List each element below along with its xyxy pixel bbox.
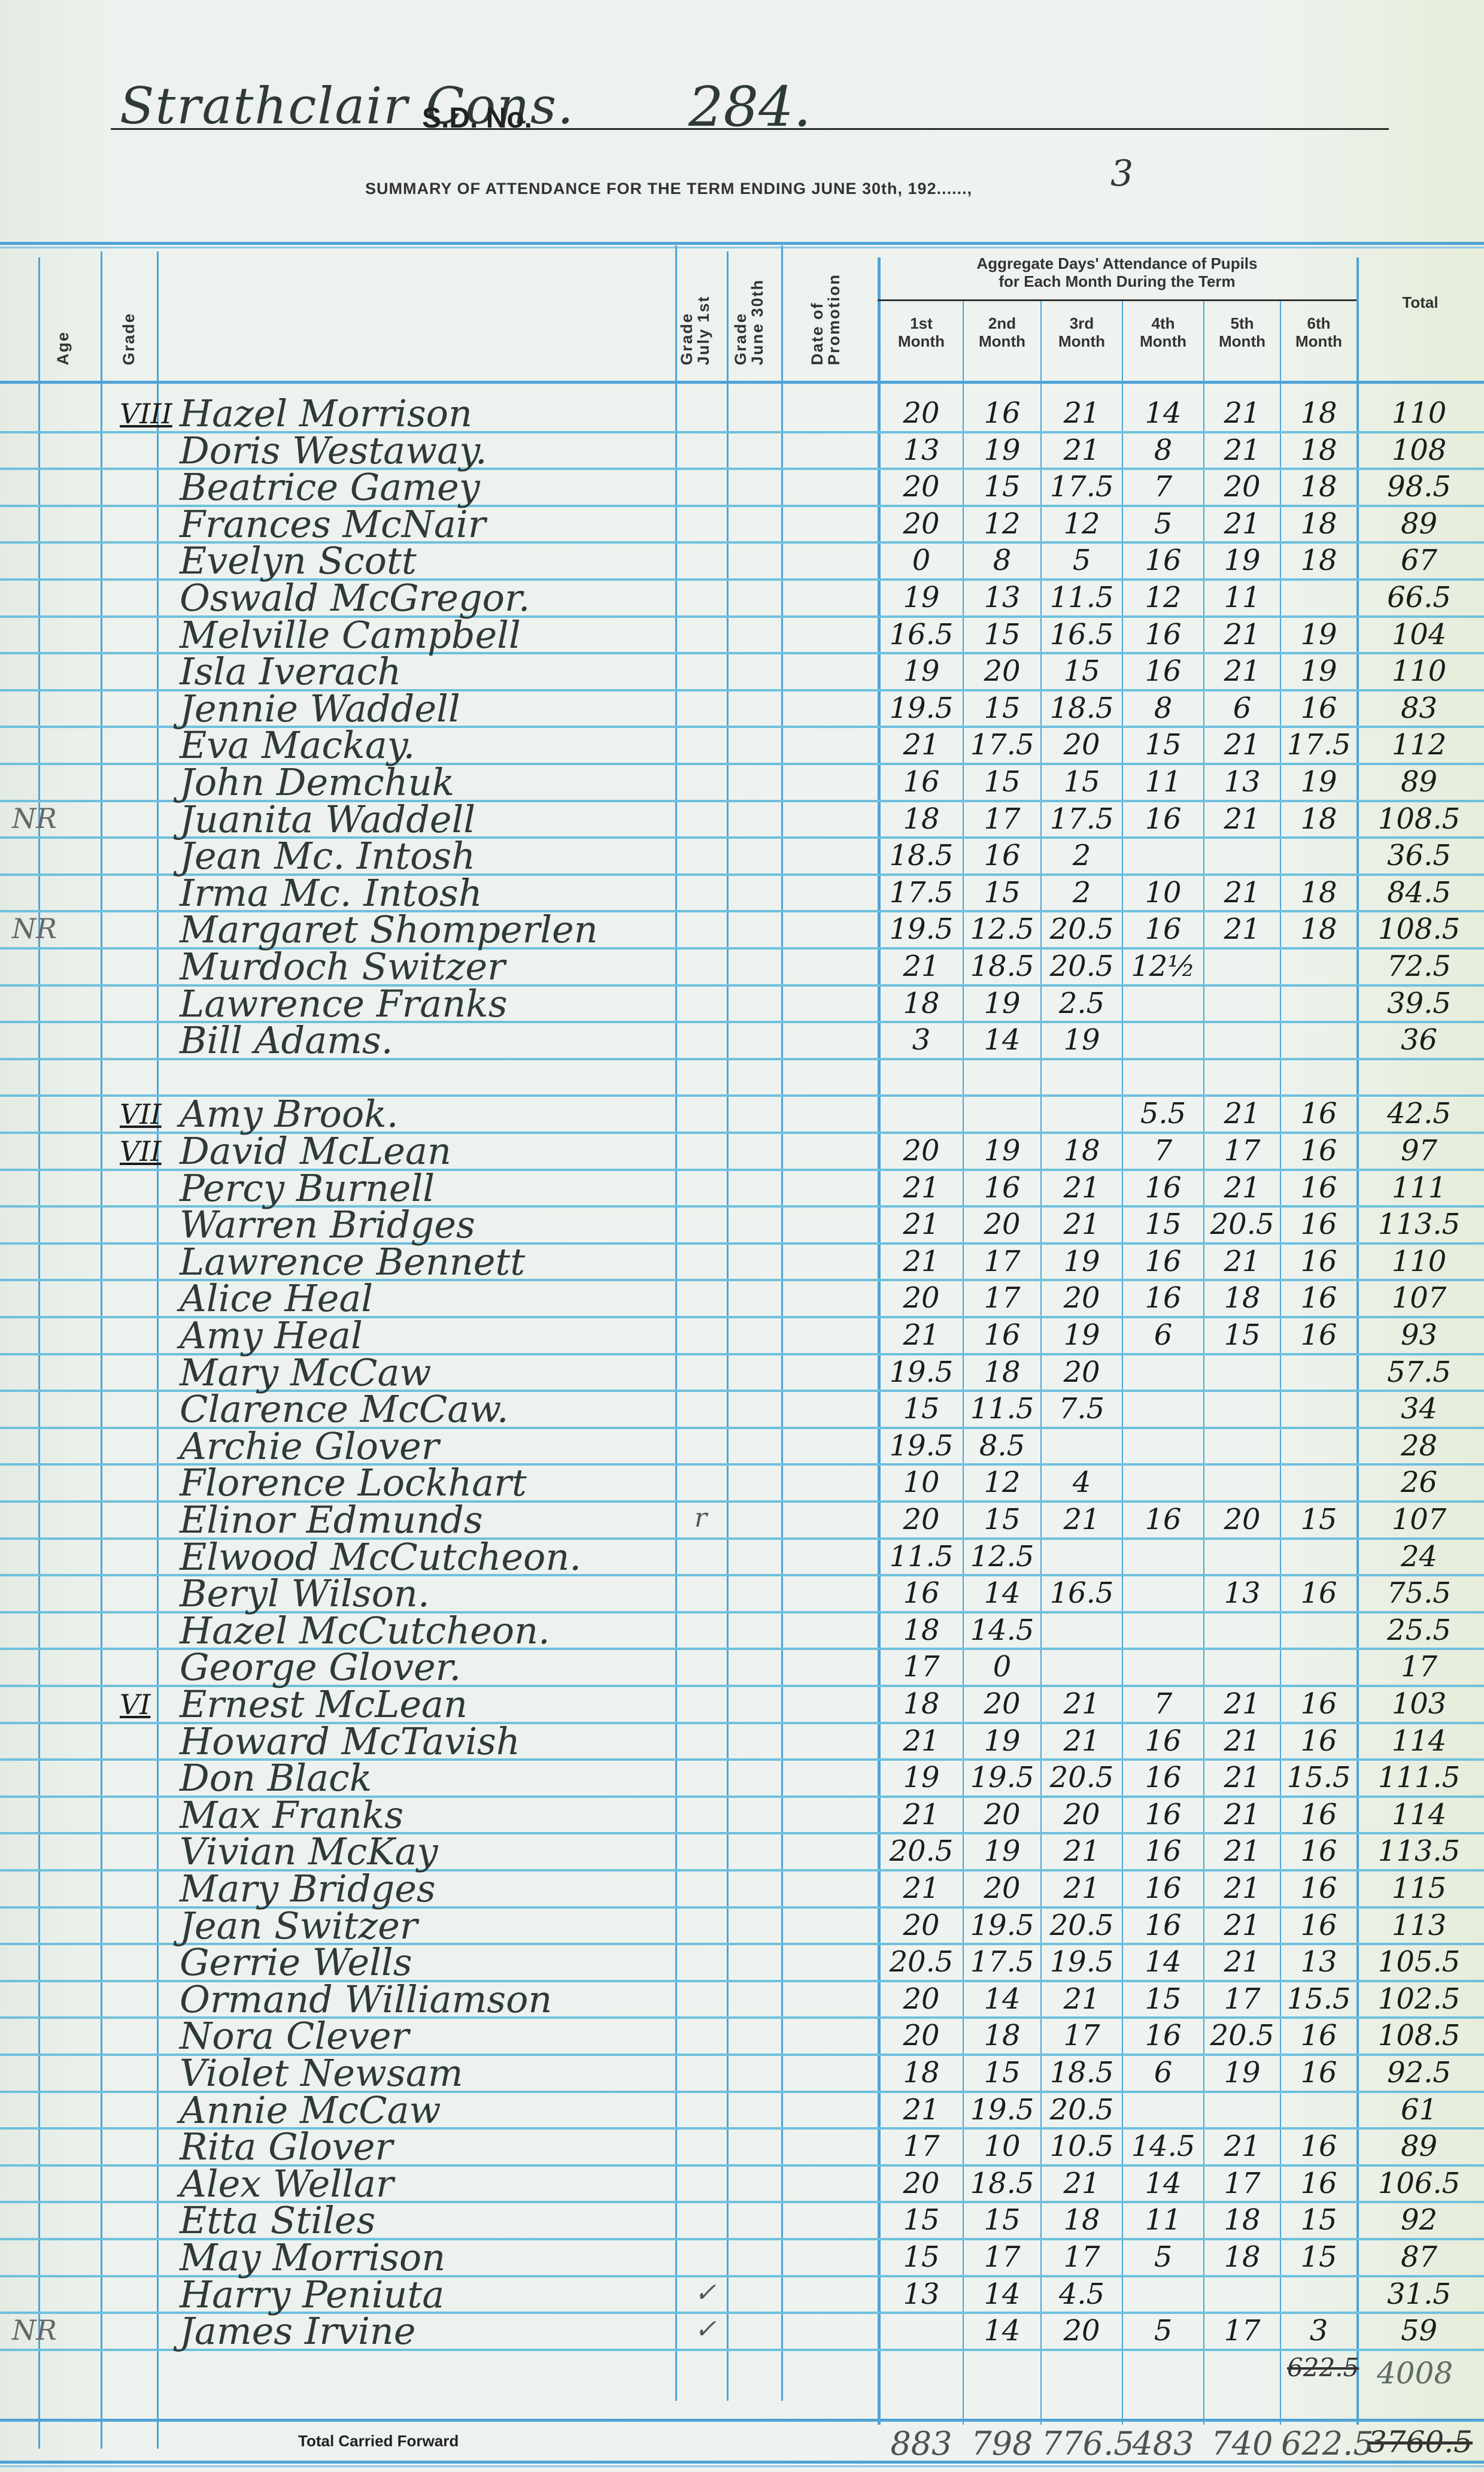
month-5-days: 21	[1204, 1724, 1280, 1758]
header-age: Age	[54, 331, 72, 365]
row-total: 107	[1358, 1281, 1480, 1315]
month-6-days: 18	[1281, 470, 1356, 504]
table-row: Archie Glover19.58.528	[0, 1428, 1484, 1465]
row-total: 105.5	[1358, 1945, 1480, 1979]
month-4-days: 16	[1123, 1872, 1203, 1905]
month-6-days: 16	[1281, 2019, 1356, 2052]
month-6-days: 17.5	[1281, 728, 1356, 762]
table-row: Oswald McGregor.191311.5121166.5	[0, 580, 1484, 617]
row-total: 31.5	[1358, 2277, 1480, 2311]
month-2-days: 20	[964, 1208, 1040, 1241]
month-3-days: 20.5	[1042, 912, 1122, 946]
header-month-word: Month	[880, 332, 963, 350]
pupil-name: James Irvine	[180, 2309, 415, 2353]
month-5-days: 21	[1204, 1097, 1280, 1130]
month-6-days: 16	[1281, 1318, 1356, 1352]
month-1-days: 19.5	[880, 691, 963, 725]
month-1-days: 10	[880, 1466, 963, 1499]
month-2-days: 11.5	[964, 1392, 1040, 1425]
grade-july-mark: ✓	[694, 2314, 717, 2344]
month-6-days: 16	[1281, 1097, 1356, 1130]
header-month-ordinal: 6th	[1281, 314, 1356, 332]
month-2-days: 19.5	[964, 2093, 1040, 2127]
month-5-days: 21	[1204, 654, 1280, 688]
month-2-days: 19	[964, 1724, 1040, 1758]
month-2-days: 18.5	[964, 950, 1040, 983]
header-month-ordinal: 1st	[880, 314, 963, 332]
row-total: 104	[1358, 618, 1480, 651]
month-6-days: 18	[1281, 912, 1356, 946]
month-3-days: 19	[1042, 1245, 1122, 1278]
month-1-days: 20	[880, 2167, 963, 2200]
month-2-days: 14	[964, 1023, 1040, 1057]
month-1-days: 19.5	[880, 1429, 963, 1463]
month-1-days: 13	[880, 433, 963, 467]
grade-mark: VII	[120, 1098, 162, 1130]
month-5-days: 21	[1204, 1834, 1280, 1868]
table-row: Jean Switzer2019.520.5162116113	[0, 1907, 1484, 1945]
month-6-days: 16	[1281, 2130, 1356, 2163]
month-6-days: 18	[1281, 396, 1356, 430]
month-5-days: 17	[1204, 1134, 1280, 1167]
month-1-days: 20	[880, 1503, 963, 1536]
month-5-days: 17	[1204, 1982, 1280, 2016]
header-aggregate-1: Aggregate Days' Attendance of Pupils	[878, 254, 1356, 272]
month-1-days: 20	[880, 1281, 963, 1315]
month-5-days: 21	[1204, 876, 1280, 909]
month-5-days: 21	[1204, 507, 1280, 541]
footer-month-4-total: 483	[1123, 2425, 1203, 2462]
month-4-days: 15	[1123, 1982, 1203, 2016]
row-total: 61	[1358, 2093, 1480, 2127]
month-3-days: 20	[1042, 1798, 1122, 1831]
month-3-days: 19.5	[1042, 1945, 1122, 1979]
month-2-days: 14	[964, 1982, 1040, 2016]
month-2-days: 19	[964, 433, 1040, 467]
month-2-days: 18	[964, 2019, 1040, 2052]
header-month-1: 1stMonth	[880, 314, 963, 350]
header-month-word: Month	[964, 332, 1040, 350]
month-3-days: 2.5	[1042, 987, 1122, 1020]
month-4-days: 16	[1123, 912, 1203, 946]
month-4-days: 5.5	[1123, 1097, 1203, 1130]
row-total: 110	[1358, 1245, 1480, 1278]
table-row	[0, 1059, 1484, 1096]
month-4-days: 6	[1123, 2056, 1203, 2089]
month-6-days: 18	[1281, 544, 1356, 577]
month-6-days: 16	[1281, 691, 1356, 725]
month-3-days: 20	[1042, 1355, 1122, 1389]
table-row: Alice Heal201720161816107	[0, 1280, 1484, 1317]
month-6-days: 16	[1281, 2056, 1356, 2089]
month-1-days: 18	[880, 1613, 963, 1647]
month-5-days: 20.5	[1204, 2019, 1280, 2052]
month-3-days: 17	[1042, 2019, 1122, 2052]
header-grade-july-1: Grade	[678, 313, 696, 365]
month-2-days: 17.5	[964, 1945, 1040, 1979]
header-month-2: 2ndMonth	[964, 314, 1040, 350]
month-2-days: 16	[964, 396, 1040, 430]
month-1-days: 20.5	[880, 1834, 963, 1868]
month-2-days: 12.5	[964, 1540, 1040, 1573]
month-4-days: 5	[1123, 507, 1203, 541]
month-4-days: 16	[1123, 1761, 1203, 1794]
header-month-word: Month	[1204, 332, 1280, 350]
month-6-days: 3	[1281, 2314, 1356, 2347]
month-1-days: 19	[880, 1761, 963, 1794]
table-row: Rita Glover171010.514.5211689	[0, 2128, 1484, 2165]
row-total: 72.5	[1358, 950, 1480, 983]
month-2-days: 14	[964, 2277, 1040, 2311]
month-6-days: 16	[1281, 1134, 1356, 1167]
month-6-days: 16	[1281, 1208, 1356, 1241]
month-3-days: 4	[1042, 1466, 1122, 1499]
month-3-days: 2	[1042, 839, 1122, 872]
month-2-days: 13	[964, 581, 1040, 614]
footer-month-2-total: 798	[964, 2425, 1040, 2462]
header-month-4: 4thMonth	[1123, 314, 1203, 350]
month-5-days: 13	[1204, 1576, 1280, 1610]
month-2-days: 15	[964, 2203, 1040, 2237]
table-row: Elinor Edmundsr201521162015107	[0, 1502, 1484, 1539]
month-3-days: 16.5	[1042, 618, 1122, 651]
month-3-days: 18	[1042, 2203, 1122, 2237]
month-5-days: 21	[1204, 1171, 1280, 1205]
table-row: Beryl Wilson.161416.5131675.5	[0, 1575, 1484, 1612]
month-2-days: 15	[964, 470, 1040, 504]
table-row: Lawrence Bennett211719162116110	[0, 1243, 1484, 1281]
total-carried-forward-label: Total Carried Forward	[298, 2432, 459, 2450]
header-bottom-rule	[0, 381, 1484, 384]
row-total: 25.5	[1358, 1613, 1480, 1647]
table-row: Jean Mc. Intosh18.516236.5	[0, 838, 1484, 875]
month-6-days: 15	[1281, 2203, 1356, 2237]
month-1-days: 18	[880, 987, 963, 1020]
age-note: NR	[12, 2314, 57, 2346]
month-4-days: 16	[1123, 1281, 1203, 1315]
month-1-days: 21	[880, 1208, 963, 1241]
month-4-days: 12	[1123, 581, 1203, 614]
table-row: Evelyn Scott08516191867	[0, 542, 1484, 580]
month-6-days: 19	[1281, 654, 1356, 688]
month-5-days: 17	[1204, 2314, 1280, 2347]
month-2-days: 19	[964, 1834, 1040, 1868]
month-3-days: 17.5	[1042, 802, 1122, 836]
month-3-days: 20.5	[1042, 1761, 1122, 1794]
month-3-days: 18.5	[1042, 691, 1122, 725]
row-total: 42.5	[1358, 1097, 1480, 1130]
month-2-days: 16	[964, 1171, 1040, 1205]
month-1-days: 19	[880, 581, 963, 614]
month-2-days: 8	[964, 544, 1040, 577]
table-row: Violet Newsam181518.56191692.5	[0, 2055, 1484, 2092]
month-5-days: 21	[1204, 1761, 1280, 1794]
month-6-days: 18	[1281, 433, 1356, 467]
month-5-days: 18	[1204, 2240, 1280, 2274]
month-1-days: 21	[880, 1245, 963, 1278]
row-total: 84.5	[1358, 876, 1480, 909]
table-row: Frances McNair2012125211889	[0, 506, 1484, 543]
month-3-days: 10.5	[1042, 2130, 1122, 2163]
table-row: John Demchuk16151511131989	[0, 764, 1484, 801]
month-1-days: 3	[880, 1023, 963, 1057]
row-total: 67	[1358, 544, 1480, 577]
row-total: 89	[1358, 2130, 1480, 2163]
table-row: Elwood McCutcheon.11.512.524	[0, 1539, 1484, 1576]
row-total: 113	[1358, 1909, 1480, 1942]
month-6-days: 18	[1281, 876, 1356, 909]
month-2-days: 12	[964, 507, 1040, 541]
header-top-rule	[0, 242, 1484, 245]
table-row: Max Franks212020162116114	[0, 1797, 1484, 1834]
month-6-days: 19	[1281, 765, 1356, 799]
month-1-days: 15	[880, 2240, 963, 2274]
month-3-days: 17.5	[1042, 470, 1122, 504]
month-5-days: 17	[1204, 2167, 1280, 2200]
month-1-days: 21	[880, 1318, 963, 1352]
row-total: 93	[1358, 1318, 1480, 1352]
month-1-days: 18	[880, 802, 963, 836]
row-total: 114	[1358, 1724, 1480, 1758]
row-total: 114	[1358, 1798, 1480, 1831]
header-promo-1: Date of	[808, 302, 826, 365]
month-3-days: 20	[1042, 1281, 1122, 1315]
table-row: VIErnest McLean18202172116103	[0, 1686, 1484, 1723]
month-3-days: 21	[1042, 1208, 1122, 1241]
month-3-days: 21	[1042, 2167, 1122, 2200]
month-2-days: 0	[964, 1650, 1040, 1684]
month-2-days: 12	[964, 1466, 1040, 1499]
table-row: Percy Burnell211621162116111	[0, 1170, 1484, 1207]
header-aggregate-2: for Each Month During the Term	[878, 272, 1356, 290]
month-1-days: 16	[880, 1576, 963, 1610]
header-total: Total	[1356, 293, 1484, 311]
month-2-days: 20	[964, 654, 1040, 688]
month-5-days: 21	[1204, 396, 1280, 430]
month-5-days: 21	[1204, 728, 1280, 762]
month6-struck-subtotal: 622.5	[1287, 2353, 1359, 2382]
month-6-days: 16	[1281, 1281, 1356, 1315]
month-5-days: 21	[1204, 802, 1280, 836]
table-row: Annie McCaw2119.520.561	[0, 2092, 1484, 2129]
month-3-days: 21	[1042, 433, 1122, 467]
row-total: 113.5	[1358, 1208, 1480, 1241]
table-row: NRJames Irvine✓1420517359	[0, 2313, 1484, 2350]
month-4-days: 15	[1123, 728, 1203, 762]
table-row: Harry Peniuta✓13144.531.5	[0, 2276, 1484, 2313]
row-total: 92	[1358, 2203, 1480, 2237]
table-row: Amy Heal2116196151693	[0, 1317, 1484, 1354]
grade-mark: VI	[120, 1688, 150, 1721]
row-total: 111.5	[1358, 1761, 1480, 1794]
grade-mark: VIII	[120, 398, 172, 430]
row-total: 57.5	[1358, 1355, 1480, 1389]
month-2-days: 17.5	[964, 728, 1040, 762]
table-row: Mary Bridges212021162116115	[0, 1870, 1484, 1907]
month-1-days: 13	[880, 2277, 963, 2311]
month-1-days: 21	[880, 728, 963, 762]
month-4-days: 7	[1123, 1687, 1203, 1721]
month-2-days: 20	[964, 1687, 1040, 1721]
month-1-days: 19	[880, 654, 963, 688]
table-row: Ormand Williamson201421151715.5102.5	[0, 1981, 1484, 2018]
table-row: NRMargaret Shomperlen19.512.520.51621181…	[0, 911, 1484, 948]
month-6-days: 16	[1281, 1724, 1356, 1758]
table-row: Doris Westaway.13192182118108	[0, 432, 1484, 469]
month-2-days: 16	[964, 1318, 1040, 1352]
month-5-days: 18	[1204, 2203, 1280, 2237]
month-2-days: 19	[964, 987, 1040, 1020]
month-1-days: 15	[880, 2203, 963, 2237]
table-row: Clarence McCaw.1511.57.534	[0, 1391, 1484, 1428]
month-4-days: 6	[1123, 1318, 1203, 1352]
table-row: Bill Adams.3141936	[0, 1022, 1484, 1059]
month-3-days: 20	[1042, 2314, 1122, 2347]
table-row: Alex Wellar2018.521141716106.5	[0, 2165, 1484, 2203]
attendance-register-page: Strathclair Cons. S.D. No. 284. SUMMARY …	[0, 0, 1484, 2472]
month-3-days: 21	[1042, 1834, 1122, 1868]
month-3-days: 2	[1042, 876, 1122, 909]
month-6-days: 18	[1281, 802, 1356, 836]
month-6-days: 19	[1281, 618, 1356, 651]
month-3-days: 17	[1042, 2240, 1122, 2274]
month-2-days: 16	[964, 839, 1040, 872]
month-5-days: 15	[1204, 1318, 1280, 1352]
month-4-days: 11	[1123, 2203, 1203, 2237]
month-3-days: 21	[1042, 1724, 1122, 1758]
month-4-days: 16	[1123, 1245, 1203, 1278]
row-total: 106.5	[1358, 2167, 1480, 2200]
month-2-days: 20	[964, 1872, 1040, 1905]
row-total: 59	[1358, 2314, 1480, 2347]
month-1-days: 16	[880, 765, 963, 799]
month-4-days: 14	[1123, 1945, 1203, 1979]
month-4-days: 15	[1123, 1208, 1203, 1241]
header-month-ordinal: 5th	[1204, 314, 1280, 332]
month-4-days: 5	[1123, 2240, 1203, 2274]
header-month-word: Month	[1123, 332, 1203, 350]
month-1-days: 0	[880, 544, 963, 577]
month-6-days: 16	[1281, 1171, 1356, 1205]
header-grade-june-1: Grade	[732, 313, 749, 365]
table-row: NRJuanita Waddell181717.5162118108.5	[0, 801, 1484, 838]
month-3-days: 21	[1042, 1171, 1122, 1205]
row-total: 110	[1358, 396, 1480, 430]
month-1-days: 20	[880, 1134, 963, 1167]
table-row: VIIDavid McLean2019187171697	[0, 1133, 1484, 1170]
month-1-days: 20	[880, 507, 963, 541]
month-1-days: 21	[880, 1724, 963, 1758]
month-3-days: 20.5	[1042, 2093, 1122, 2127]
table-row: Warren Bridges2120211520.516113.5	[0, 1206, 1484, 1243]
month-3-days: 16.5	[1042, 1576, 1122, 1610]
footer-top-rule	[0, 2419, 1484, 2422]
month-5-days: 13	[1204, 765, 1280, 799]
header-month-6: 6thMonth	[1281, 314, 1356, 350]
month-2-days: 15	[964, 691, 1040, 725]
month-1-days: 21	[880, 1872, 963, 1905]
row-total: 66.5	[1358, 581, 1480, 614]
month-4-days: 16	[1123, 1171, 1203, 1205]
row-total: 36	[1358, 1023, 1480, 1057]
table-row: VIIIHazel Morrison201621142118110	[0, 395, 1484, 432]
month-5-days: 20	[1204, 1503, 1280, 1536]
month-4-days: 16	[1123, 1724, 1203, 1758]
month-6-days: 15	[1281, 1503, 1356, 1536]
month-6-days: 18	[1281, 507, 1356, 541]
table-row: Florence Lockhart1012426	[0, 1464, 1484, 1502]
year-digit: 3	[1110, 153, 1133, 195]
table-row: Nora Clever2018171620.516108.5	[0, 2018, 1484, 2055]
month-3-days: 12	[1042, 507, 1122, 541]
month-2-days: 17	[964, 1281, 1040, 1315]
month-6-days: 16	[1281, 1576, 1356, 1610]
row-total: 103	[1358, 1687, 1480, 1721]
sd-number: 284.	[688, 75, 811, 139]
table-row: Vivian McKay20.51921162116113.5	[0, 1833, 1484, 1870]
month-2-days: 15	[964, 765, 1040, 799]
month-4-days: 11	[1123, 765, 1203, 799]
month-1-days: 19.5	[880, 912, 963, 946]
month-1-days: 20	[880, 1982, 963, 2016]
month-2-days: 17	[964, 802, 1040, 836]
month-3-days: 19	[1042, 1318, 1122, 1352]
month-6-days: 15.5	[1281, 1761, 1356, 1794]
month-5-days: 21	[1204, 1798, 1280, 1831]
month-4-days: 16	[1123, 544, 1203, 577]
month-5-days: 21	[1204, 618, 1280, 651]
month-4-days: 14	[1123, 2167, 1203, 2200]
month-4-days: 8	[1123, 691, 1203, 725]
month-3-days: 15	[1042, 654, 1122, 688]
month-1-days: 11.5	[880, 1540, 963, 1573]
header-grade: Grade	[120, 313, 138, 365]
month-4-days: 7	[1123, 470, 1203, 504]
row-total: 28	[1358, 1429, 1480, 1463]
month-1-days: 21	[880, 1798, 963, 1831]
month-3-days: 4.5	[1042, 2277, 1122, 2311]
month-6-days: 16	[1281, 1687, 1356, 1721]
month-4-days: 16	[1123, 802, 1203, 836]
month-1-days: 20.5	[880, 1945, 963, 1979]
month-3-days: 5	[1042, 544, 1122, 577]
month-4-days: 8	[1123, 433, 1203, 467]
table-row: Lawrence Franks18192.539.5	[0, 985, 1484, 1023]
footer-bottom-rule-2	[0, 2465, 1484, 2467]
month-3-days: 18	[1042, 1134, 1122, 1167]
month-6-days: 15	[1281, 2240, 1356, 2274]
month-3-days: 21	[1042, 1982, 1122, 2016]
month-2-days: 14.5	[964, 1613, 1040, 1647]
header-month-5: 5thMonth	[1204, 314, 1280, 350]
month-2-days: 15	[964, 1503, 1040, 1536]
month-4-days: 12½	[1123, 950, 1203, 983]
row-total: 108.5	[1358, 912, 1480, 946]
month-2-days: 17	[964, 1245, 1040, 1278]
month-2-days: 18	[964, 1355, 1040, 1389]
row-total: 98.5	[1358, 470, 1480, 504]
row-total: 89	[1358, 765, 1480, 799]
month-2-days: 15	[964, 2056, 1040, 2089]
aggregate-underline	[878, 299, 1356, 301]
month-2-days: 14	[964, 1576, 1040, 1610]
grade-july-mark: ✓	[694, 2277, 717, 2308]
month-4-days: 10	[1123, 876, 1203, 909]
month-1-days: 21	[880, 2093, 963, 2127]
month-3-days: 15	[1042, 765, 1122, 799]
row-total: 87	[1358, 2240, 1480, 2274]
month-6-days: 16	[1281, 1872, 1356, 1905]
